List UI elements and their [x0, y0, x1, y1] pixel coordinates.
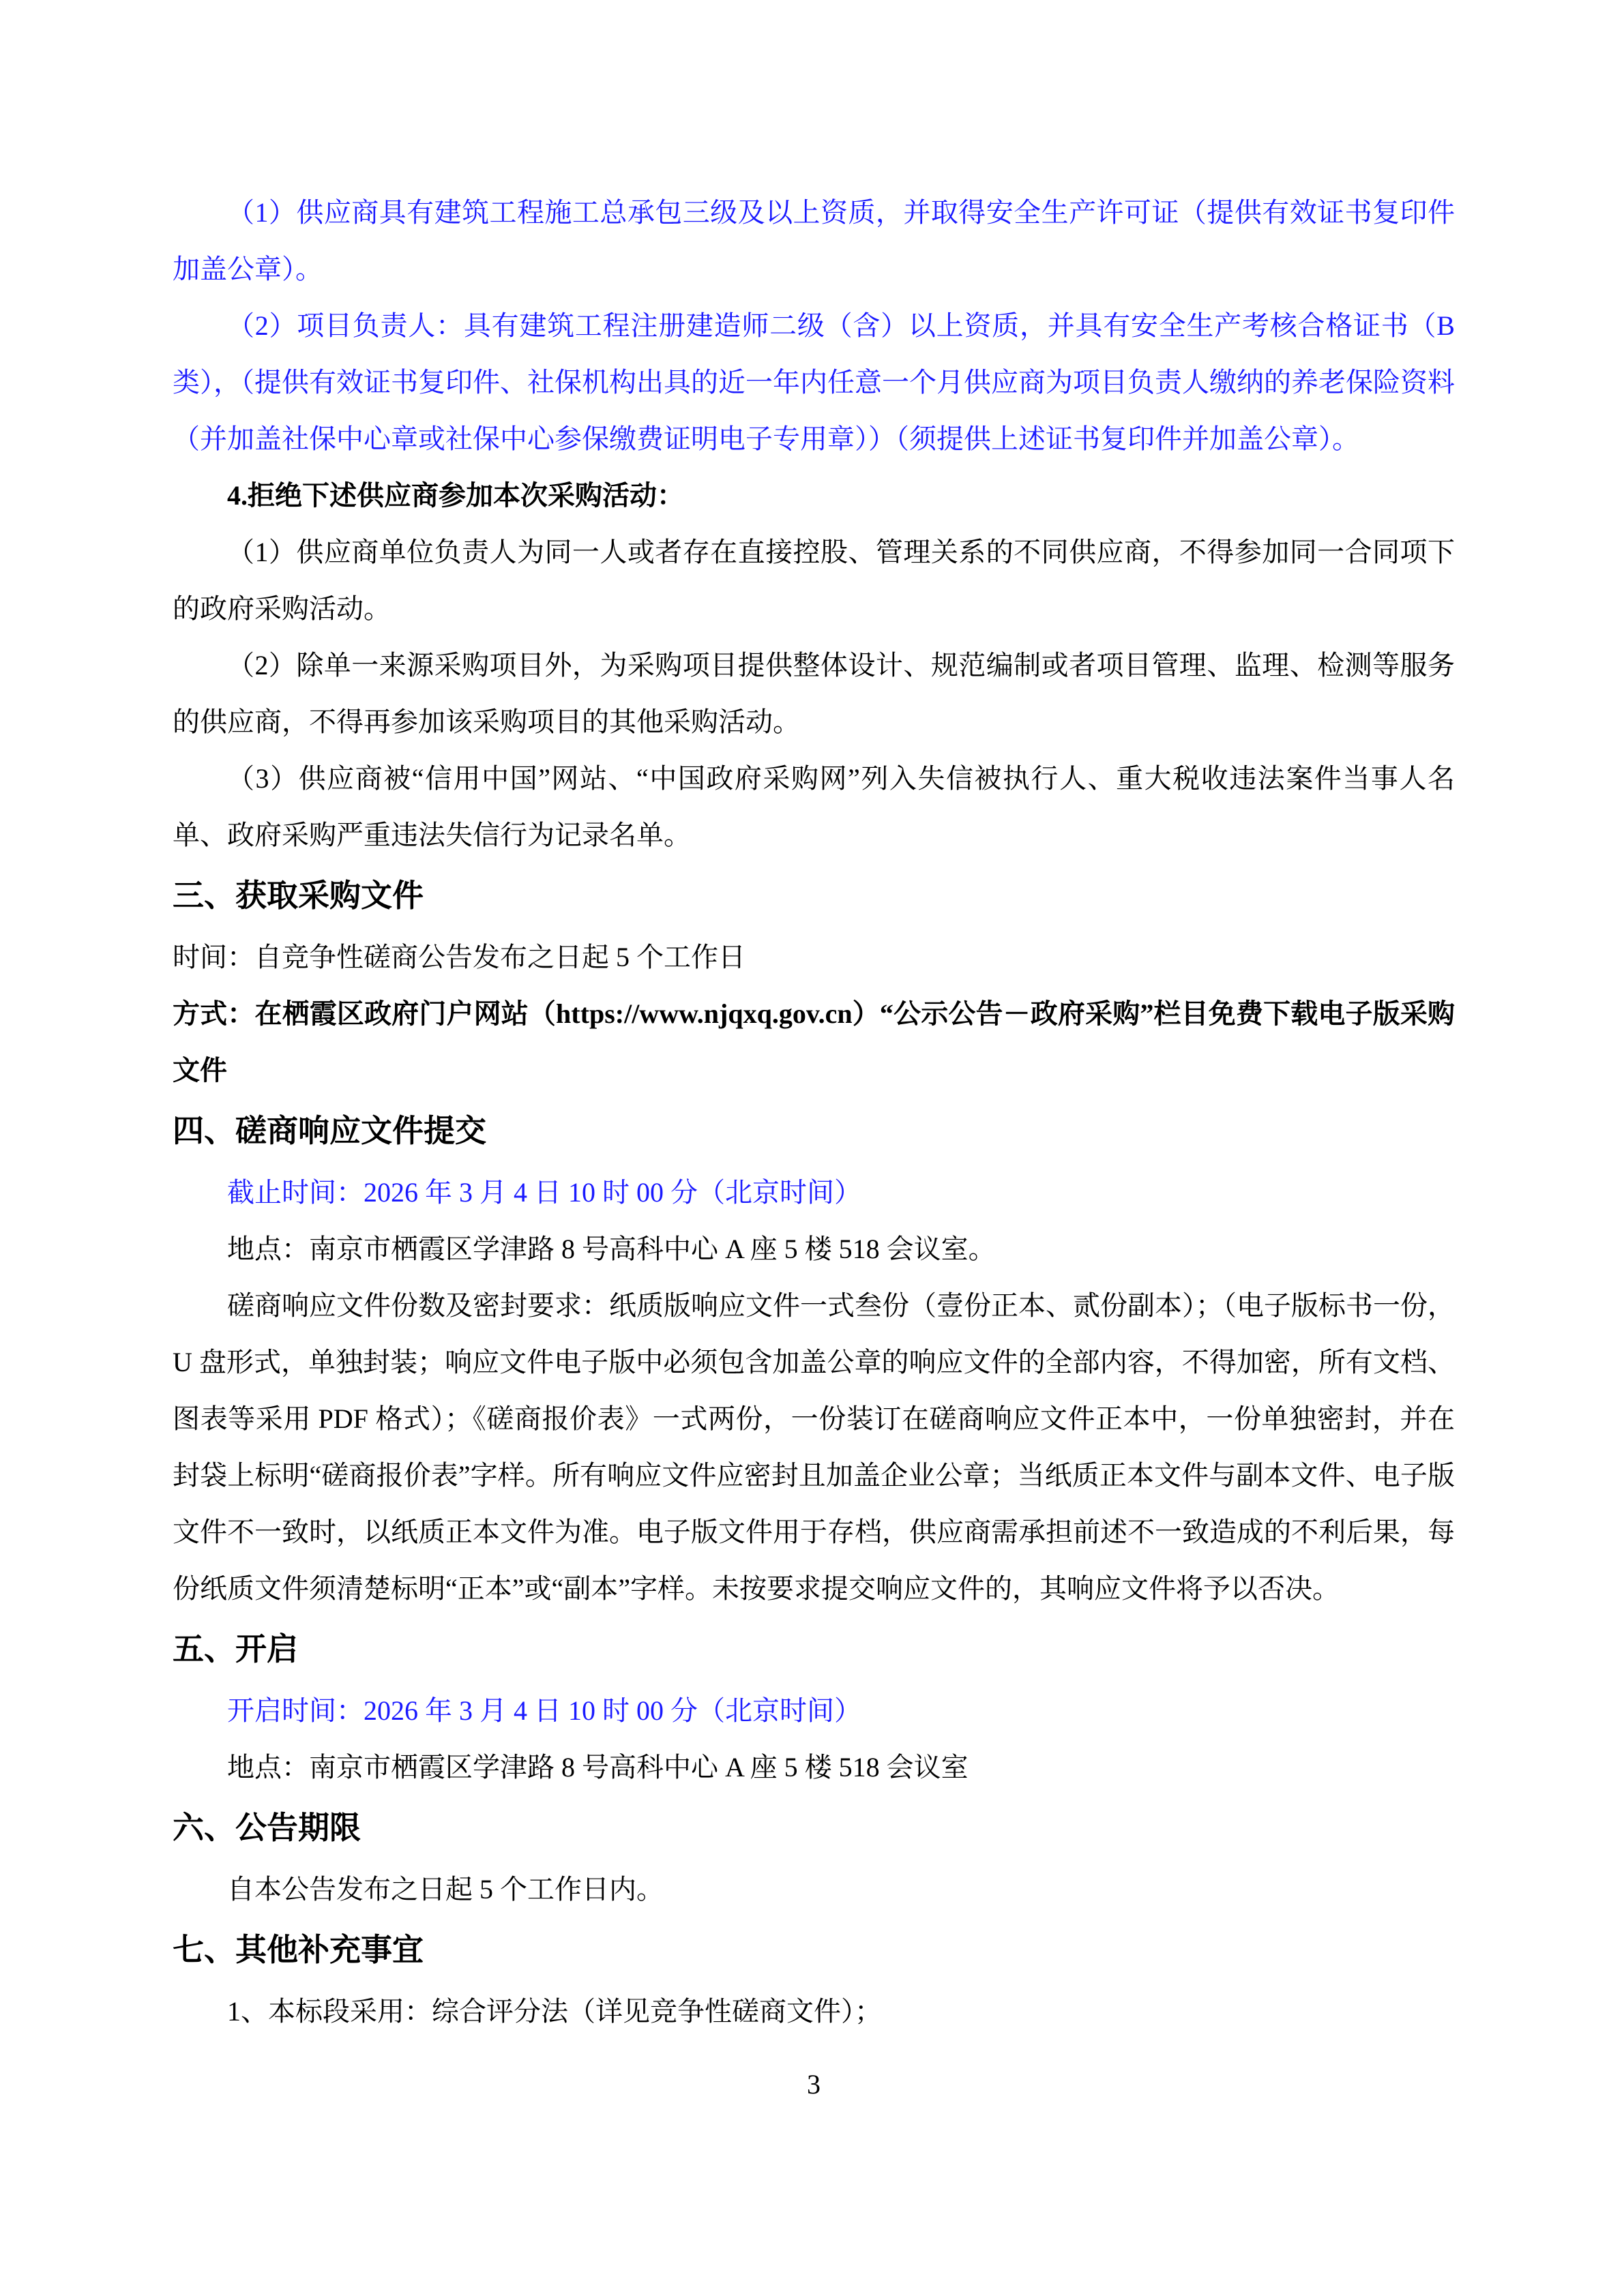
para-reject-item-3: （3）供应商被“信用中国”网站、“中国政府采购网”列入失信被执行人、重大税收违法… [173, 750, 1455, 863]
para-sealing-requirements: 磋商响应文件份数及密封要求：纸质版响应文件一式叁份（壹份正本、贰份副本）；（电子… [173, 1277, 1455, 1617]
document-page: { "document": { "page_number": "3", "col… [0, 0, 1624, 2296]
para-reject-item-1: （1）供应商单位负责人为同一人或者存在直接控股、管理关系的不同供应商，不得参加同… [173, 524, 1455, 637]
para-obtain-time: 时间：自竞争性磋商公告发布之日起 5 个工作日 [173, 929, 1455, 985]
section-heading-announcement-period: 六、公告期限 [173, 1795, 1455, 1861]
page-number: 3 [173, 2057, 1455, 2112]
para-announcement-period: 自本公告发布之日起 5 个工作日内。 [173, 1861, 1455, 1918]
para-submission-deadline: 截止时间：2026 年 3 月 4 日 10 时 00 分（北京时间） [173, 1164, 1455, 1221]
para-reject-suppliers-title: 4.拒绝下述供应商参加本次采购活动： [173, 467, 1455, 524]
para-supplier-qualification-1: （1）供应商具有建筑工程施工总承包三级及以上资质，并取得安全生产许可证（提供有效… [173, 184, 1455, 297]
section-heading-other-matters: 七、其他补充事宜 [173, 1918, 1455, 1983]
para-obtain-method: 方式：在栖霞区政府门户网站（https://www.njqxq.gov.cn）“… [173, 985, 1455, 1099]
para-submission-location: 地点：南京市栖霞区学津路 8 号高科中心 A 座 5 楼 518 会议室。 [173, 1221, 1455, 1277]
section-heading-opening: 五、开启 [173, 1617, 1455, 1682]
para-opening-time: 开启时间：2026 年 3 月 4 日 10 时 00 分（北京时间） [173, 1682, 1455, 1739]
para-reject-item-2: （2）除单一来源采购项目外，为采购项目提供整体设计、规范编制或者项目管理、监理、… [173, 637, 1455, 750]
para-supplier-qualification-2: （2）项目负责人：具有建筑工程注册建造师二级（含）以上资质，并具有安全生产考核合… [173, 297, 1455, 467]
para-opening-location: 地点：南京市栖霞区学津路 8 号高科中心 A 座 5 楼 518 会议室 [173, 1739, 1455, 1795]
page-content: （1）供应商具有建筑工程施工总承包三级及以上资质，并取得安全生产许可证（提供有效… [173, 0, 1455, 2112]
section-heading-response-submission: 四、磋商响应文件提交 [173, 1099, 1455, 1164]
section-heading-obtain-documents: 三、获取采购文件 [173, 863, 1455, 929]
para-evaluation-method: 1、本标段采用：综合评分法（详见竞争性磋商文件）； [173, 1983, 1455, 2040]
